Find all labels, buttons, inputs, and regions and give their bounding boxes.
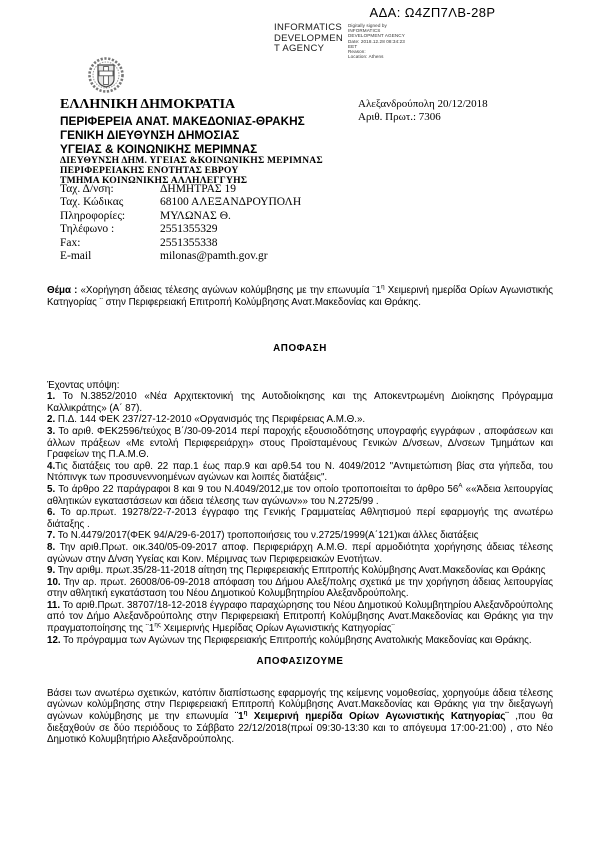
text-line: ΠΕΡΙΦΕΡΕΙΑ ΑΝΑΤ. ΜΑΚΕΔΟΝΙΑΣ-ΘΡΑΚΗΣ: [60, 114, 323, 128]
contact-row: E-mailmilonas@pamth.gov.gr: [60, 250, 301, 263]
letterhead: ΕΛΛΗΝΙΚΗ ΔΗΜΟΚΡΑΤΙΑ ΠΕΡΙΦΕΡΕΙΑ ΑΝΑΤ. ΜΑΚ…: [60, 97, 323, 187]
directorate-lines: ΠΕΡΙΦΕΡΕΙΑ ΑΝΑΤ. ΜΑΚΕΔΟΝΙΑΣ-ΘΡΑΚΗΣΓΕΝΙΚΗ…: [60, 114, 323, 156]
decision-item: 9. Την αριθμ. πρωτ.35/28-11-2018 αίτηση …: [47, 565, 553, 577]
decision-item: 12. Το πρόγραμμα των Αγώνων της Περιφερε…: [47, 635, 553, 647]
contact-value: 2551355338: [160, 237, 218, 250]
decision-item: 7. Το Ν.4479/2017(ΦΕΚ 94/Α/29-6-2017) τρ…: [47, 530, 553, 542]
protocol-number: Αριθ. Πρωτ.: 7306: [358, 111, 488, 124]
decision-item: 3. Το αριθ. ΦΕΚ2596/τεύχος Β΄/30-09-2014…: [47, 426, 553, 461]
text-line: T AGENCY: [274, 44, 343, 55]
republic-title: ΕΛΛΗΝΙΚΗ ΔΗΜΟΚΡΑΤΙΑ: [60, 97, 323, 113]
decision-item: 11. Το αριθ.Πρωτ. 38707/18-12-2018 έγγρα…: [47, 600, 553, 635]
text-line: INFORMATICS: [274, 23, 343, 34]
contact-label: Τηλέφωνο :: [60, 223, 160, 236]
text-line: ΥΓΕΙΑΣ & ΚΟΙΝΩΝΙΚΗΣ ΜΕΡΙΜΝΑΣ: [60, 142, 323, 156]
decision-item: 1. Το Ν.3852/2010 «Νέα Αρχιτεκτονική της…: [47, 391, 553, 414]
decision-item: 2. Π.Δ. 144 ΦΕΚ 237/27-12-2010 «Οργανισμ…: [47, 414, 553, 426]
digital-signature-stamp: INFORMATICSDEVELOPMENT AGENCY Digitally …: [274, 23, 426, 59]
contact-row: Τηλέφωνο :2551355329: [60, 223, 301, 236]
contact-value: ΜΥΛΩΝΑΣ Θ.: [160, 210, 231, 223]
considering-items: 1. Το Ν.3852/2010 «Νέα Αρχιτεκτονική της…: [47, 391, 553, 646]
contact-row: Ταχ. Κώδικας68100 ΑΛΕΞΑΝΔΡΟΥΠΟΛΗ: [60, 196, 301, 209]
contact-label: Πληροφορίες:: [60, 210, 160, 223]
decision-item: 8. Την αριθ.Πρωτ. οικ.340/05-09-2017 απο…: [47, 542, 553, 565]
city-and-date: Αλεξανδρούπολη 20/12/2018: [358, 98, 488, 111]
contact-label: E-mail: [60, 250, 160, 263]
considering-intro: Έχοντας υπόψη:: [47, 380, 553, 392]
decision-paragraph: Βάσει των ανωτέρω σχετικών, κατόπιν διαπ…: [47, 688, 553, 746]
dateline: Αλεξανδρούπολη 20/12/2018 Αριθ. Πρωτ.: 7…: [358, 98, 488, 124]
subject-line: Θέμα : «Χορήγηση άδειας τέλεσης αγώνων κ…: [47, 285, 553, 308]
ada-code: ΑΔΑ: Ω4ΖΠ7ΛΒ-28Ρ: [300, 5, 565, 20]
decision-heading: ΑΠΟΦΑΣΗ: [47, 343, 553, 355]
decision-item: 4.Τις διατάξεις του αρθ. 22 παρ.1 έως πα…: [47, 461, 553, 484]
contact-value: ΔΗΜΗΤΡΑΣ 19: [160, 183, 236, 196]
stamp-signature-details: Digitally signed byINFORMATICSDEVELOPMEN…: [348, 23, 426, 59]
contact-label: Ταχ. Δ/νση:: [60, 183, 160, 196]
document-page: ΑΔΑ: Ω4ΖΠ7ΛΒ-28Ρ INFORMATICSDEVELOPMENT …: [0, 0, 595, 842]
decision-item: 6. Το αρ.πρωτ. 19278/22-7-2013 έγγραφο τ…: [47, 507, 553, 530]
greek-coat-of-arms-icon: [87, 56, 125, 94]
contact-row: Ταχ. Δ/νση:ΔΗΜΗΤΡΑΣ 19: [60, 183, 301, 196]
text-line: ΓΕΝΙΚΗ ΔΙΕΥΘΥΝΣΗ ΔΗΜΟΣΙΑΣ: [60, 128, 323, 142]
contact-details: Ταχ. Δ/νση:ΔΗΜΗΤΡΑΣ 19Ταχ. Κώδικας68100 …: [60, 183, 301, 263]
decision-item: 5. Το άρθρο 22 παράγραφοι 8 και 9 του Ν.…: [47, 484, 553, 507]
contact-value: milonas@pamth.gov.gr: [160, 250, 268, 263]
contact-value: 68100 ΑΛΕΞΑΝΔΡΟΥΠΟΛΗ: [160, 196, 301, 209]
contact-label: Ταχ. Κώδικας: [60, 196, 160, 209]
contact-label: Fax:: [60, 237, 160, 250]
stamp-agency-name: INFORMATICSDEVELOPMENT AGENCY: [274, 23, 343, 59]
contact-row: Πληροφορίες:ΜΥΛΩΝΑΣ Θ.: [60, 210, 301, 223]
decision-body: ΑΠΟΦΑΣΗ Έχοντας υπόψη: 1. Το Ν.3852/2010…: [47, 343, 553, 746]
contact-row: Fax:2551355338: [60, 237, 301, 250]
we-decide-heading: ΑΠΟΦΑΣΙΖΟΥΜΕ: [47, 656, 553, 668]
decision-item: 10. Την αρ. πρωτ. 26008/06-09-2018 απόφα…: [47, 577, 553, 600]
text-line: Location: Athens: [348, 54, 426, 59]
contact-value: 2551355329: [160, 223, 218, 236]
